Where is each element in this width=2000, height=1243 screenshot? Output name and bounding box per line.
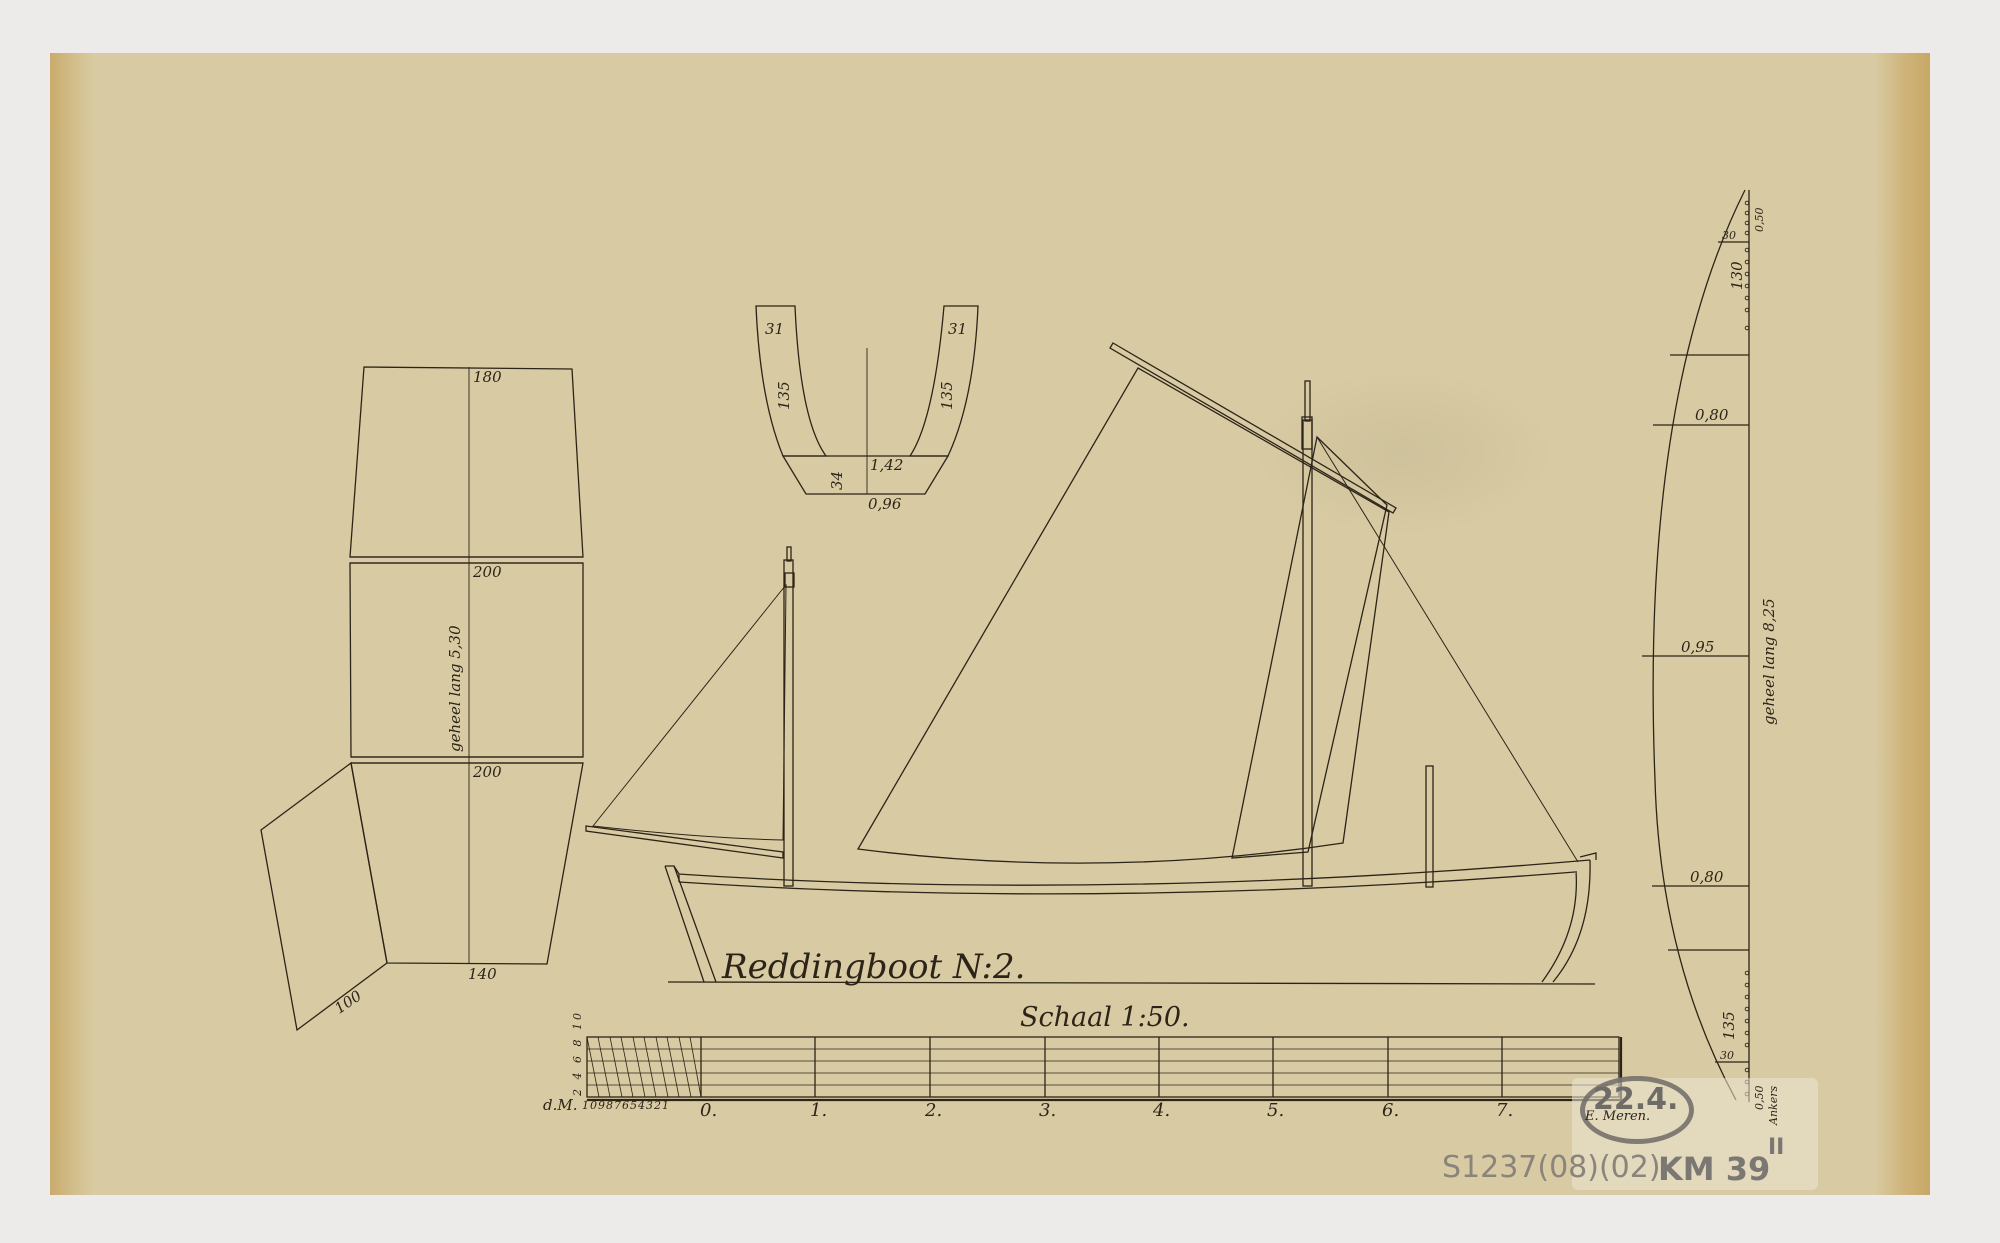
collection-reference: KM 39 — [1658, 1150, 1770, 1188]
collection-suffix: II — [1768, 1135, 1784, 1160]
mast-top-offset: 30 — [1722, 230, 1736, 241]
archive-reference: S1237(08)(02) — [1442, 1150, 1661, 1185]
scale-tick-4: 4. — [1153, 1102, 1170, 1120]
mast-bottom-offset: 30 — [1720, 1050, 1734, 1061]
scale-sub-ticks: 10987654321 — [582, 1100, 670, 1111]
drawing-title: Reddingboot N:2. — [722, 950, 1025, 984]
scale-vertical-ticks: 2 4 6 8 10 — [572, 1010, 583, 1096]
section-right-top: 31 — [948, 322, 967, 337]
sail-panel-plan — [261, 367, 583, 1030]
mast-bottom-length: 0,50 — [1754, 1086, 1765, 1111]
scale-unit: d.M. — [543, 1098, 578, 1113]
v-tick: 6 — [571, 1053, 584, 1063]
panel-dim-lower: 200 — [473, 765, 502, 780]
mast-width-upper: 0,80 — [1695, 408, 1728, 423]
section-beam: 1,42 — [870, 458, 903, 473]
v-tick: 4 — [571, 1070, 584, 1080]
sub-tick: 10 — [582, 1099, 598, 1112]
section-left-top: 31 — [765, 322, 784, 337]
mast-total-length: geheel lang 8,25 — [1762, 598, 1777, 725]
scale-tick-3: 3. — [1039, 1102, 1056, 1120]
sub-tick: 5 — [630, 1099, 638, 1112]
stamp-number: 22.4. — [1593, 1082, 1678, 1117]
v-tick: 8 — [571, 1037, 584, 1047]
scale-tick-1: 1. — [810, 1102, 827, 1120]
sub-tick: 1 — [662, 1099, 670, 1112]
mast-bottom-segment: 135 — [1722, 1011, 1737, 1040]
scale-tick-5: 5. — [1267, 1102, 1284, 1120]
scale-bar — [587, 1037, 1621, 1100]
sub-tick: 8 — [606, 1099, 614, 1112]
panel-total-length: geheel lang 5,30 — [448, 625, 463, 752]
mast-width-middle: 0,95 — [1681, 640, 1714, 655]
scale-tick-0: 0. — [700, 1102, 717, 1120]
scale-title: Schaal 1:50. — [1020, 1004, 1190, 1031]
panel-dim-top: 180 — [473, 370, 502, 385]
mast-top-length: 0,50 — [1754, 208, 1765, 233]
section-base: 0,96 — [868, 497, 901, 512]
sub-tick: 4 — [638, 1099, 646, 1112]
sub-tick: 6 — [622, 1099, 630, 1112]
mast-width-lower: 0,80 — [1690, 870, 1723, 885]
section-right-side: 135 — [940, 381, 955, 410]
scale-tick-6: 6. — [1382, 1102, 1399, 1120]
sub-tick: 9 — [598, 1099, 606, 1112]
boat-elevation — [586, 343, 1596, 984]
mast-bottom-note: Ankers — [1768, 1086, 1779, 1125]
mast-top-segment: 130 — [1730, 261, 1745, 290]
scale-tick-2: 2. — [925, 1102, 942, 1120]
panel-dim-middle: 200 — [473, 565, 502, 580]
section-left-side: 135 — [777, 381, 792, 410]
panel-dim-bottom: 140 — [468, 967, 497, 982]
scale-tick-7: 7. — [1496, 1102, 1513, 1120]
v-tick: 2 — [571, 1086, 584, 1096]
section-bottom-left: 34 — [830, 471, 845, 490]
sub-tick: 3 — [646, 1099, 654, 1112]
sub-tick: 2 — [654, 1099, 662, 1112]
v-tick: 10 — [571, 1010, 584, 1030]
technical-drawing — [0, 0, 2000, 1243]
sub-tick: 7 — [614, 1099, 622, 1112]
